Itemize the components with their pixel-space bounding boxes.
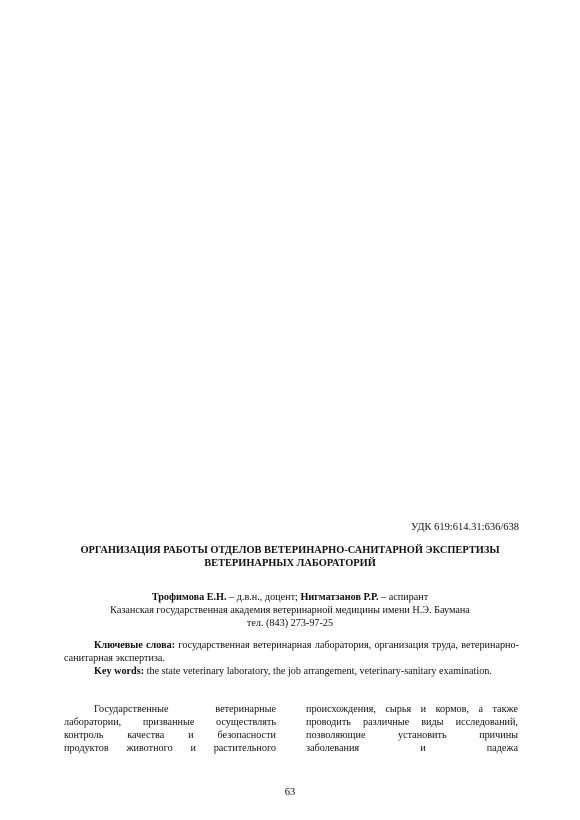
body-text-line: заболеванияипадежа xyxy=(306,742,518,755)
phone: тел. (843) 273-97-25 xyxy=(60,617,520,630)
word: проводить xyxy=(306,716,351,729)
word: ветеринарные xyxy=(215,703,276,716)
word: и xyxy=(190,742,195,755)
author-role: – д.в.н., доцент; xyxy=(227,592,301,603)
word: лаборатории, xyxy=(64,716,121,729)
word: различные xyxy=(363,716,409,729)
word: позволяющие xyxy=(306,729,365,742)
authors-block: Трофимова Е.Н. – д.в.н., доцент; Нигматз… xyxy=(60,591,520,630)
word: а xyxy=(478,703,483,716)
word: и xyxy=(421,703,426,716)
word: причины xyxy=(479,729,518,742)
keywords-en: Key words: the state veterinary laborato… xyxy=(64,666,519,679)
keywords-ru: Ключевые слова: государственная ветерина… xyxy=(64,640,519,666)
author-role: – аспирант xyxy=(379,592,429,603)
word: осуществлять xyxy=(216,716,276,729)
institution: Казанская государственная академия ветер… xyxy=(60,604,520,617)
word: заболевания xyxy=(306,742,359,755)
keywords-en-label: Key words: xyxy=(94,666,144,677)
word: установить xyxy=(398,729,447,742)
page-number: 63 xyxy=(0,787,580,798)
body-text-line: происхождения,сырьяикормов,атакже xyxy=(306,703,518,716)
keywords-ru-label: Ключевые слова: xyxy=(94,640,175,651)
word: происхождения, xyxy=(306,703,376,716)
author-name: Нигматзанов Р.Р. xyxy=(300,592,378,603)
word: виды xyxy=(421,716,443,729)
word: кормов, xyxy=(436,703,469,716)
author-line: Трофимова Е.Н. – д.в.н., доцент; Нигматз… xyxy=(60,591,520,604)
keywords-en-text: the state veterinary laboratory, the job… xyxy=(144,666,492,677)
body-column-right: происхождения,сырьяикормов,атакжепроводи… xyxy=(306,703,518,755)
word: Государственные xyxy=(94,703,169,716)
word: падежа xyxy=(487,742,518,755)
word: сырья xyxy=(385,703,411,716)
author-name: Трофимова Е.Н. xyxy=(152,592,227,603)
word: также xyxy=(492,703,517,716)
word: и xyxy=(420,742,425,755)
body-text-line: контролькачестваибезопасности xyxy=(64,729,276,742)
title-line: ВЕТЕРИНАРНЫХ ЛАБОРАТОРИЙ xyxy=(60,558,520,571)
body-column-left: Государственныеветеринарныелаборатории,п… xyxy=(64,703,276,755)
word: растительного xyxy=(214,742,276,755)
body-text-line: проводитьразличныевидыисследований, xyxy=(306,716,518,729)
body-text-line: Государственныеветеринарные xyxy=(64,703,276,716)
word: исследований, xyxy=(456,716,518,729)
udk-code: УДК 619:614.31:636/638 xyxy=(411,522,519,533)
article-title: ОРГАНИЗАЦИЯ РАБОТЫ ОТДЕЛОВ ВЕТЕРИНАРНО-С… xyxy=(60,545,520,570)
word: контроль xyxy=(64,729,103,742)
body-text-line: продуктовживотногоирастительного xyxy=(64,742,276,755)
word: продуктов xyxy=(64,742,109,755)
word: призванные xyxy=(143,716,195,729)
word: и xyxy=(188,729,193,742)
body-text-line: лаборатории,призванныеосуществлять xyxy=(64,716,276,729)
title-line: ОРГАНИЗАЦИЯ РАБОТЫ ОТДЕЛОВ ВЕТЕРИНАРНО-С… xyxy=(60,545,520,558)
body-text-line: позволяющиеустановитьпричины xyxy=(306,729,518,742)
word: безопасности xyxy=(218,729,276,742)
word: качества xyxy=(127,729,164,742)
word: животного xyxy=(126,742,172,755)
